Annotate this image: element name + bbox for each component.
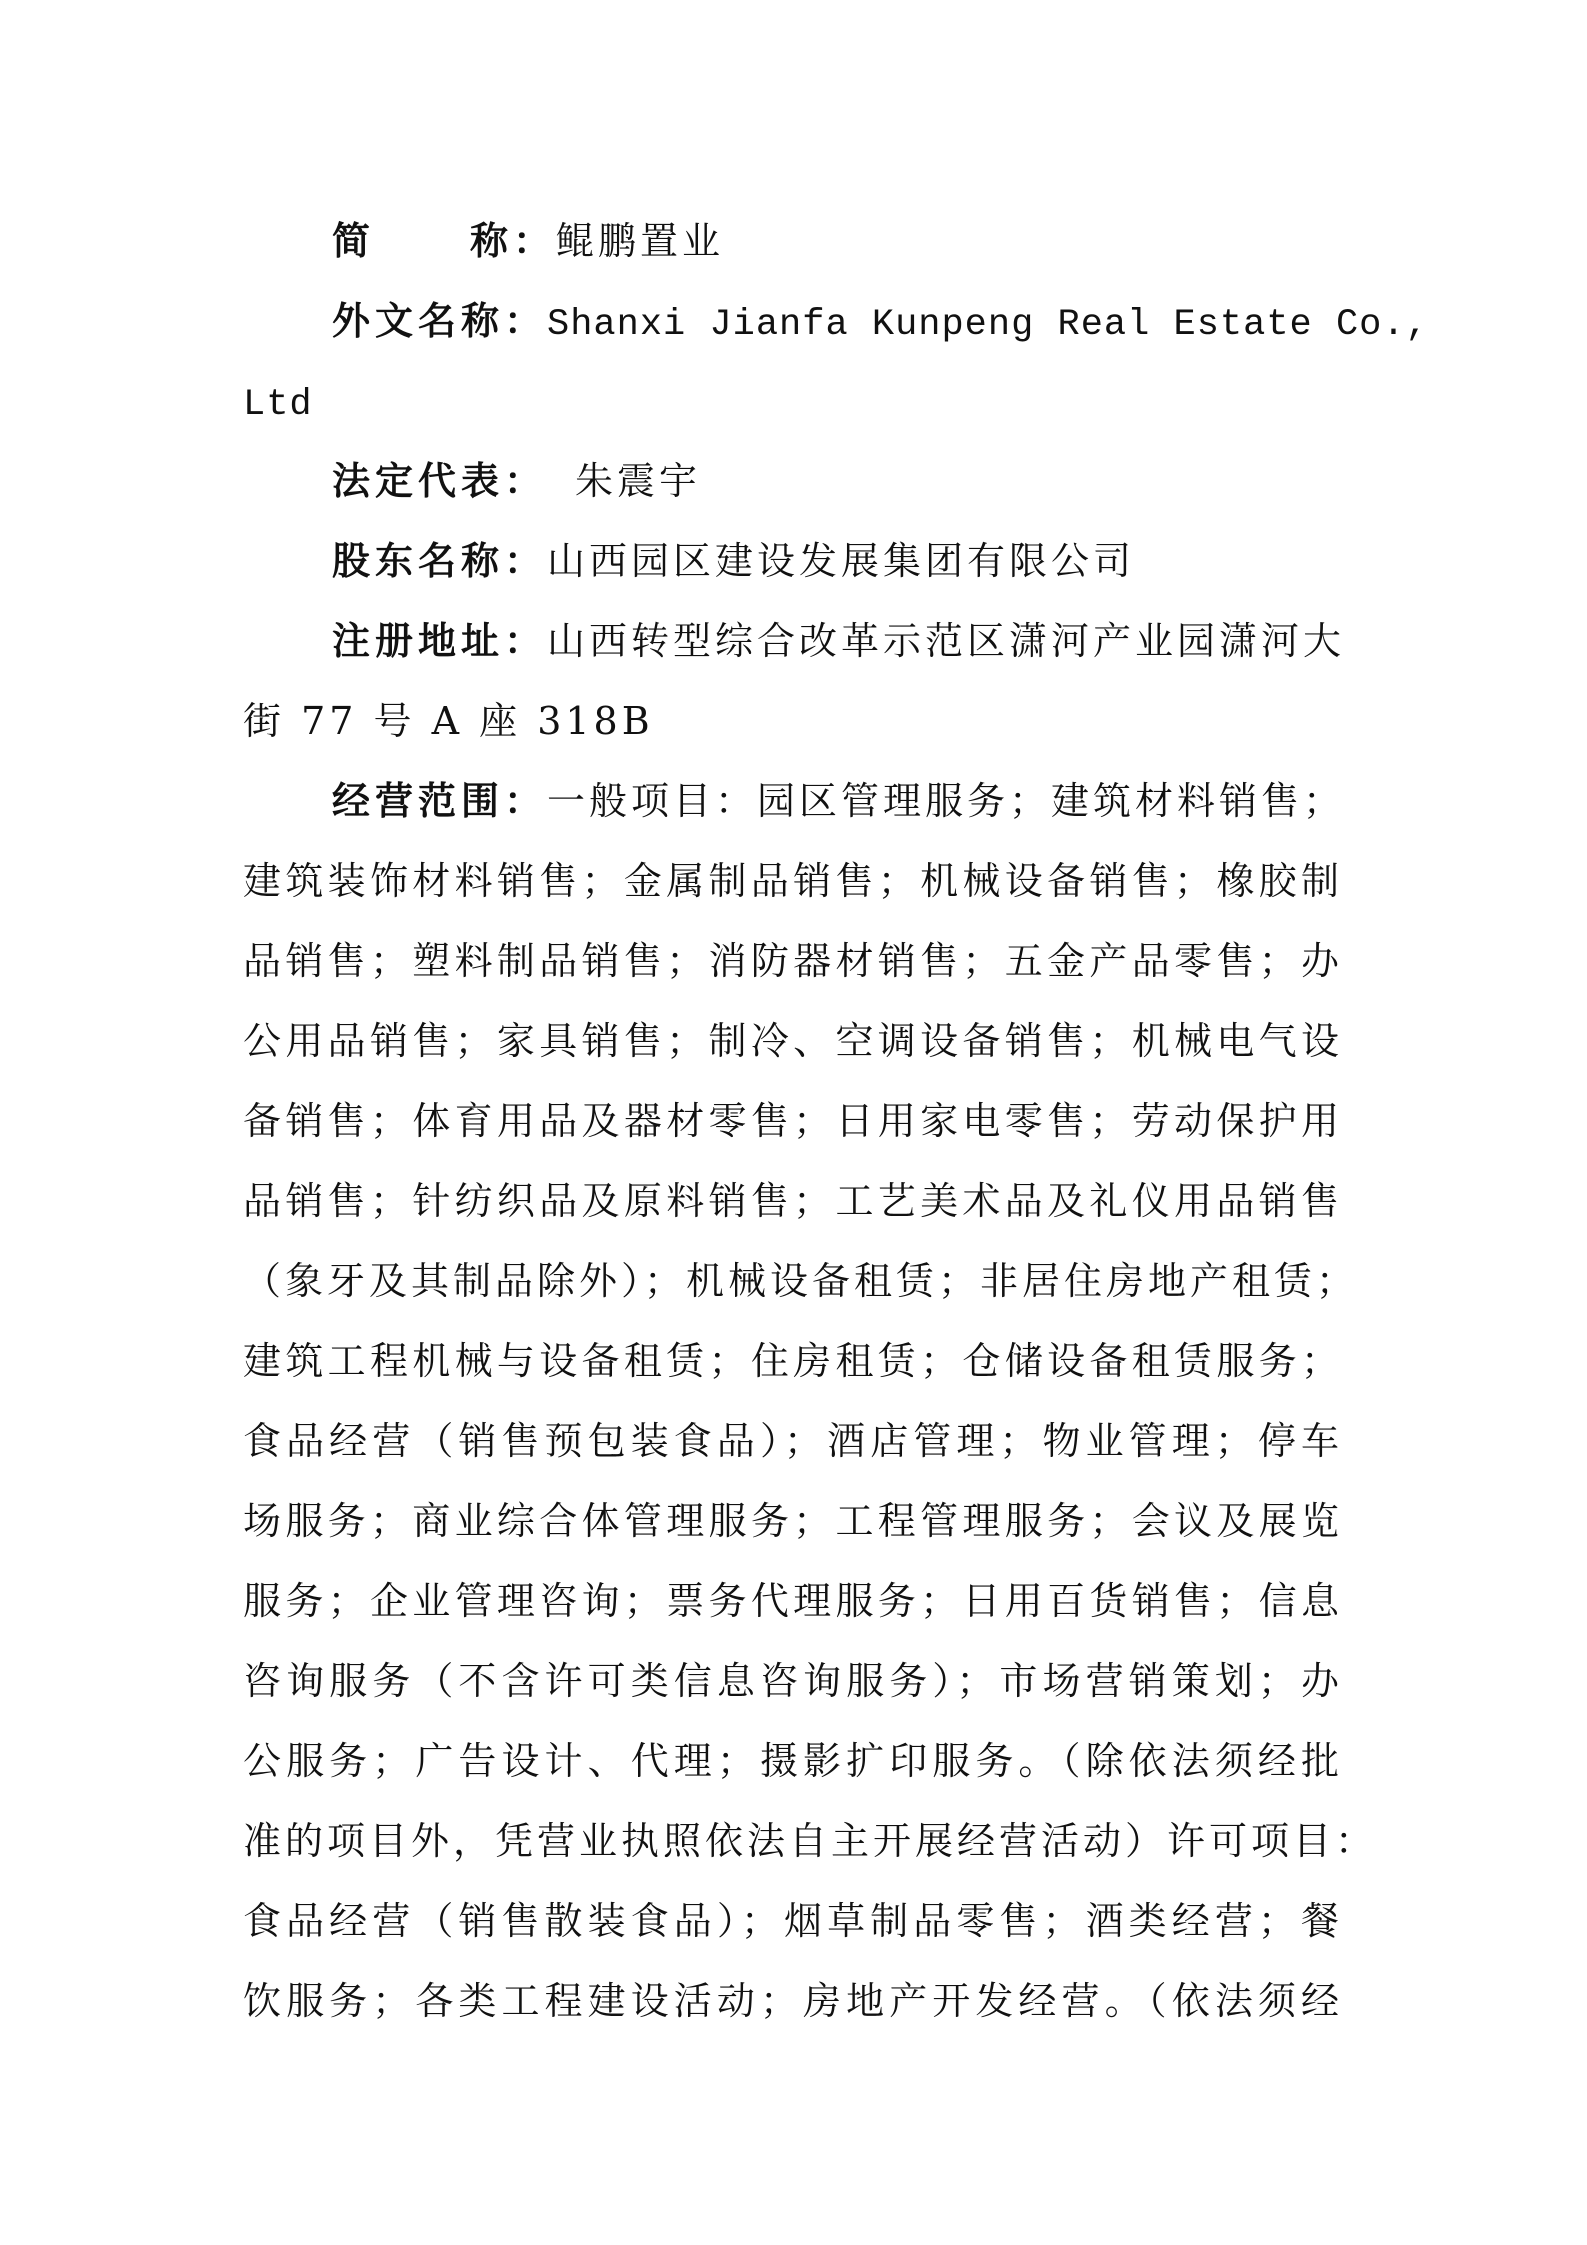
business-scope-line: 建筑装饰材料销售；金属制品销售；机械设备销售；橡胶制: [243, 841, 1343, 921]
short-name-label-a: 简: [332, 219, 375, 263]
business-scope-line: 公服务；广告设计、代理；摄影扩印服务。（除依法须经批: [243, 1721, 1343, 1801]
short-name-label-b: 称：: [470, 219, 556, 263]
field-legal-rep: 法定代表：朱震宇: [243, 441, 1343, 521]
foreign-name-continuation: Ltd: [243, 361, 1343, 441]
business-scope-line: 服务；企业管理咨询；票务代理服务；日用百货销售；信息: [243, 1561, 1343, 1641]
business-scope-line: 食品经营（销售散装食品）；烟草制品零售；酒类经营；餐: [243, 1881, 1343, 1961]
field-address: 注册地址：山西转型综合改革示范区潇河产业园潇河大: [243, 601, 1343, 681]
business-scope-line: 备销售；体育用品及器材零售；日用家电零售；劳动保护用: [243, 1081, 1343, 1161]
legal-rep-value: 朱震宇: [547, 459, 701, 503]
short-name-value: 鲲鹏置业: [556, 219, 724, 263]
business-scope-line: 咨询服务（不含许可类信息咨询服务）；市场营销策划；办: [243, 1641, 1343, 1721]
business-scope-line: 准的项目外，凭营业执照依法自主开展经营活动）许可项目：: [243, 1801, 1343, 1881]
business-scope-line: 饮服务；各类工程建设活动；房地产开发经营。（依法须经: [243, 1961, 1343, 2041]
field-short-name: 简称：鲲鹏置业: [243, 201, 1343, 281]
business-scope-line: 场服务；商业综合体管理服务；工程管理服务；会议及展览: [243, 1481, 1343, 1561]
address-value: 山西转型综合改革示范区潇河产业园潇河大: [547, 619, 1345, 663]
business-scope-label: 经营范围：: [332, 779, 547, 823]
address-label: 注册地址：: [332, 619, 547, 663]
shareholder-label: 股东名称：: [332, 539, 547, 583]
business-scope-line: （象牙及其制品除外）；机械设备租赁；非居住房地产租赁；: [243, 1241, 1343, 1321]
business-scope-line: 公用品销售；家具销售；制冷、空调设备销售；机械电气设: [243, 1001, 1343, 1081]
business-scope-line: 品销售；针纺织品及原料销售；工艺美术品及礼仪用品销售: [243, 1161, 1343, 1241]
field-foreign-name: 外文名称：Shanxi Jianfa Kunpeng Real Estate C…: [243, 281, 1343, 361]
field-business-scope: 经营范围：一般项目：园区管理服务；建筑材料销售；: [243, 761, 1343, 841]
foreign-name-value-cont: Ltd: [243, 384, 313, 426]
field-shareholder: 股东名称：山西园区建设发展集团有限公司: [243, 521, 1343, 601]
foreign-name-value: Shanxi Jianfa Kunpeng Real Estate Co.,: [547, 304, 1429, 346]
address-value-cont: 街 77 号 A 座 318B: [243, 699, 654, 743]
shareholder-value: 山西园区建设发展集团有限公司: [547, 539, 1135, 583]
business-scope-line: 食品经营（销售预包装食品）；酒店管理；物业管理；停车: [243, 1401, 1343, 1481]
address-continuation: 街 77 号 A 座 318B: [243, 681, 1343, 761]
legal-rep-label: 法定代表：: [332, 459, 547, 503]
business-scope-first-line: 一般项目：园区管理服务；建筑材料销售；: [547, 779, 1345, 823]
business-scope-line: 建筑工程机械与设备租赁；住房租赁；仓储设备租赁服务；: [243, 1321, 1343, 1401]
business-scope-line: 品销售；塑料制品销售；消防器材销售；五金产品零售；办: [243, 921, 1343, 1001]
document-page: 简称：鲲鹏置业 外文名称：Shanxi Jianfa Kunpeng Real …: [243, 201, 1343, 2041]
foreign-name-label: 外文名称：: [332, 299, 547, 343]
